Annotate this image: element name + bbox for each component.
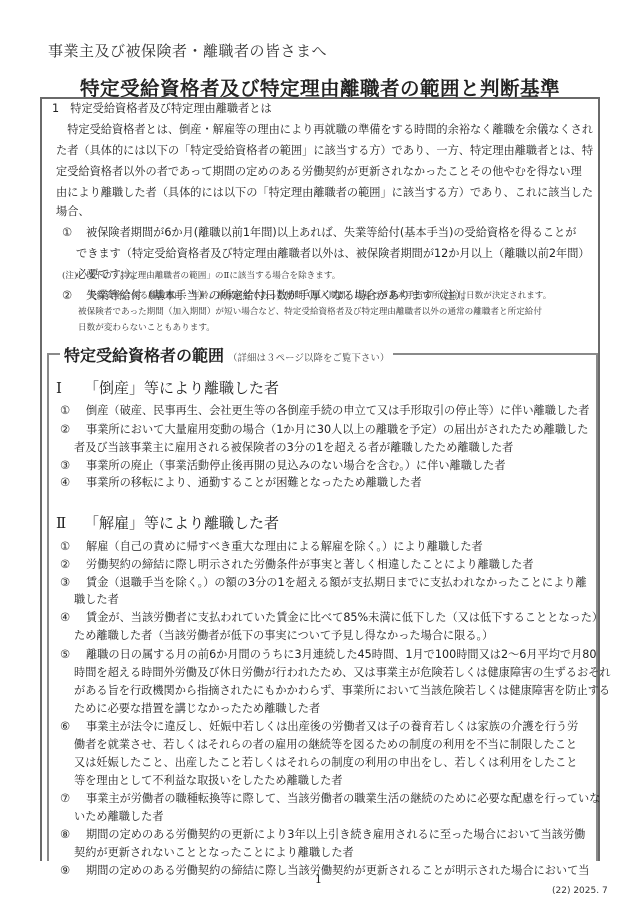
- list-item-line: 倒産（破産、民事再生、会社更生等の各倒産手続の申立て又は手形取引の停止等）に伴い…: [86, 401, 589, 420]
- paragraph-line: 由により離職した者（具体的には以下の「特定理由離職者の範囲」に該当する方）であり…: [56, 183, 593, 202]
- note-line: 受給資格に係る離職理由、年齢、被保険者であった期間（加入期間）に基づき基本手当の…: [88, 288, 551, 304]
- section-heading: 1 特定受給資格者及び特定理由離職者とは: [52, 99, 272, 118]
- list-item-line: 等を理由として不利益な取扱いをしたため離職した者: [74, 771, 343, 790]
- section-i-title: 「倒産」等により離職した者: [84, 379, 279, 397]
- list-item-line: 時間を超える時間外労働及び休日労働が行われたため、又は事業主が危険若しくは健康障…: [74, 663, 611, 682]
- list-item-line: 期間の定めのある労働契約の更新により3年以上引き続き雇用されるに至った場合におい…: [86, 825, 585, 844]
- list-item-line: 働者を就業させ、若しくはそれらの者の雇用の継続等を図るための制度の利用を不当に制…: [74, 735, 577, 754]
- list-marker: ⑦: [60, 789, 70, 808]
- list-item-line: できます（特定受給資格者及び特定理由離職者以外は、被保険者期間が12か月以上（離…: [76, 244, 590, 263]
- list-item-line: 事業所において大量雇用変動の場合（1か月に30人以上の離職を予定）の届出がされた…: [86, 420, 588, 439]
- note-line: 日数が変わらないこともあります。: [78, 320, 215, 336]
- list-item-line: ために必要な措置を講じなかったため離職した者: [74, 699, 320, 718]
- page-number: 1: [315, 873, 322, 886]
- greeting: 事業主及び被保険者・離職者の皆さまへ: [48, 40, 327, 61]
- list-marker: ③: [60, 573, 70, 592]
- list-item-line: 被保険者期間が6か月(離職以前1年間)以上あれば、失業等給付(基本手当)の受給資…: [86, 223, 576, 242]
- note-label: (注): [62, 268, 77, 284]
- paragraph-line: た者（具体的には以下の「特定受給資格者の範囲」に該当する方）であり、一方、特定理…: [56, 141, 593, 160]
- roman-numeral: Ⅰ: [56, 379, 84, 397]
- list-item-line: 契約が更新されないこととなったことにより離職した者: [74, 843, 354, 862]
- list-marker: ①: [62, 223, 72, 242]
- list-item-line: 又は妊娠したこと、出産したこと若しくはそれらの制度の利用の申出をし、若しくは利用…: [74, 753, 577, 772]
- list-item-line: 事業主が法令に違反し、妊娠中若しくは出産後の労働者又は子の養育若しくは家族の介護…: [86, 717, 578, 736]
- paragraph-line: 場合、: [56, 202, 90, 221]
- list-item-line: ため離職した者（当該労働者が低下の事実について予見し得なかった場合に限る。）: [74, 626, 493, 645]
- roman-numeral: Ⅱ: [56, 514, 84, 532]
- list-item-line: いため離職した者: [74, 807, 164, 826]
- list-marker: ①: [60, 401, 70, 420]
- list-item-line: 者及び当該事業主に雇用される被保険者の3分の1を超える者が離職したため離職した者: [74, 438, 513, 457]
- list-marker: ②: [62, 286, 72, 305]
- list-item-line: 期間の定めのある労働契約の締結に際し当該労働契約が更新されることが明示された場合…: [86, 861, 589, 880]
- list-item-line: 賃金（退職手当を除く。）の額の3分の1を超える額が支払期日までに支払われなかった…: [86, 573, 587, 592]
- section-ii-title: 「解雇」等により離職した者: [84, 514, 279, 532]
- list-marker: ⑤: [60, 645, 70, 664]
- list-item-line: がある旨を行政機関から指摘されたにもかかわらず、事業所において当該危険若しくは健…: [74, 681, 610, 700]
- list-item-line: 労働契約の締結に際し明示された労働条件が事実と著しく相違したことにより離職した者: [86, 555, 534, 574]
- list-item-line: 事業主が労働者の職種転換等に際して、当該労働者の職業生活の継続のために必要な配慮…: [86, 789, 600, 808]
- list-item-line: 解雇（自己の責めに帰すべき重大な理由による解雇を除く。）により離職した者: [86, 537, 483, 556]
- list-marker: ②: [60, 420, 70, 439]
- list-item-line: 賃金が、当該労働者に支払われていた賃金に比べて85%未満に低下した（又は低下する…: [86, 608, 603, 627]
- note-line: 被保険者であった期間（加入期間）が短い場合など、特定受給資格者及び特定理由離職者…: [78, 304, 542, 320]
- list-marker: ⑧: [60, 825, 70, 844]
- list-marker: ⑨: [60, 861, 70, 880]
- list-marker: ②: [60, 555, 70, 574]
- scope-subtitle: （詳細は３ページ以降をご覧下さい）: [228, 353, 389, 364]
- scope-title-text: 特定受給資格者の範囲: [64, 346, 224, 365]
- list-item-line: 離職の日の属する月の前6か月間のうちに3月連続した45時間、1月で100時間又は…: [86, 645, 597, 664]
- list-marker: ④: [60, 473, 70, 492]
- paragraph-line: 特定受給資格者とは、倒産・解雇等の理由により再就職の準備をする時間的余裕なく離職…: [56, 120, 593, 139]
- section-ii-heading: Ⅱ「解雇」等により離職した者: [56, 512, 279, 533]
- paragraph-line: 定受給資格者以外の者であって期間の定めのある労働契約が更新されなかったことその他…: [56, 162, 582, 181]
- list-marker: ⑥: [60, 717, 70, 736]
- list-item-line: 事業所の移転により、通勤することが困難となったため離職した者: [86, 473, 422, 492]
- scope-box-title: 特定受給資格者の範囲（詳細は３ページ以降をご覧下さい）: [60, 343, 393, 366]
- edition-label: (22) 2025. 7: [552, 886, 608, 896]
- list-marker: ①: [60, 537, 70, 556]
- list-marker: ④: [60, 608, 70, 627]
- section-i-heading: Ⅰ「倒産」等により離職した者: [56, 377, 279, 398]
- note-line: 以下の「特定理由離職者の範囲」のⅡに該当する場合を除きます。: [86, 268, 340, 284]
- list-item-line: 職した者: [74, 590, 119, 609]
